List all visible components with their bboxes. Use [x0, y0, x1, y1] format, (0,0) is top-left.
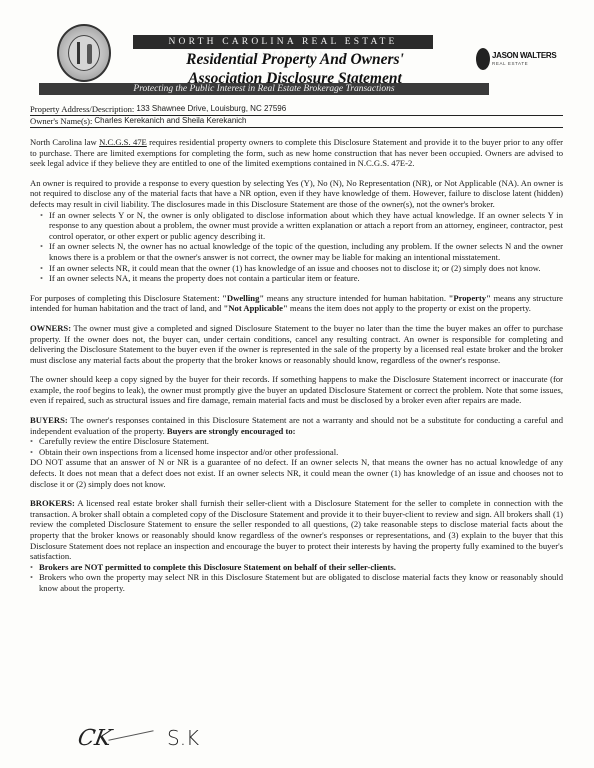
buyers-warning-paragraph: DO NOT assume that an answer of N or NR …: [30, 457, 563, 489]
definitions-paragraph: For purposes of completing this Disclosu…: [30, 293, 563, 314]
logo-name: JASON WALTERS: [492, 51, 556, 60]
owners-update-paragraph: The owner should keep a copy signed by t…: [30, 374, 563, 406]
list-item: Obtain their own inspections from a lice…: [30, 447, 563, 458]
tagline-banner: Protecting the Public Interest in Real E…: [39, 83, 489, 95]
statute-link[interactable]: N.C.G.S. 47E: [99, 137, 147, 147]
disclosure-page: NORTH CAROLINA REAL ESTATE COMMISSION Re…: [0, 0, 594, 768]
owner-name-value[interactable]: Charles Kerekanich and Sheila Kerekanich: [92, 116, 246, 127]
intro-paragraph: North Carolina law N.C.G.S. 47E requires…: [30, 137, 563, 169]
brokers-heading: BROKERS:: [30, 498, 75, 508]
owners-paragraph: OWNERS: The owner must give a completed …: [30, 323, 563, 365]
list-item: Brokers are NOT permitted to complete th…: [30, 562, 563, 573]
list-item: If an owner selects NR, it could mean th…: [40, 263, 563, 274]
document-title-line1: Residential Property And Owners': [150, 51, 440, 69]
jason-walters-logo-icon: [476, 48, 490, 70]
owner-initials-1[interactable]: CK: [76, 726, 114, 751]
list-item: If an owner selects NA, it means the pro…: [40, 273, 563, 284]
list-item: If an owner selects Y or N, the owner is…: [40, 210, 563, 242]
response-options-paragraph: An owner is required to provide a respon…: [30, 178, 563, 210]
buyer-recommendations: Carefully review the entire Disclosure S…: [30, 436, 563, 457]
owners-heading: OWNERS:: [30, 323, 71, 333]
broker-rules: Brokers are NOT permitted to complete th…: [30, 562, 563, 594]
list-item: Carefully review the entire Disclosure S…: [30, 436, 563, 447]
nc-state-seal-icon: [57, 24, 111, 82]
owner-name-label: Owner's Name(s):: [30, 116, 92, 127]
commission-banner: NORTH CAROLINA REAL ESTATE COMMISSION: [133, 35, 433, 49]
buyers-heading: BUYERS:: [30, 415, 68, 425]
owner-initials-2[interactable]: S.K: [167, 726, 199, 750]
buyers-paragraph: BUYERS: The owner's responses contained …: [30, 415, 563, 436]
logo-subtitle: REAL ESTATE: [492, 61, 528, 66]
property-address-field[interactable]: Property Address/Description: 133 Shawne…: [30, 104, 563, 116]
signature-stroke: [108, 730, 153, 741]
property-address-value[interactable]: 133 Shawnee Drive, Louisburg, NC 27596: [134, 104, 286, 115]
list-item: Brokers who own the property may select …: [30, 572, 563, 593]
response-bullets: If an owner selects Y or N, the owner is…: [30, 210, 563, 284]
brokers-paragraph: BROKERS: A licensed real estate broker s…: [30, 498, 563, 562]
owner-name-field[interactable]: Owner's Name(s): Charles Kerekanich and …: [30, 116, 563, 128]
document-body: Property Address/Description: 133 Shawne…: [30, 104, 563, 594]
list-item: If an owner selects N, the owner has no …: [40, 241, 563, 262]
property-address-label: Property Address/Description:: [30, 104, 134, 115]
